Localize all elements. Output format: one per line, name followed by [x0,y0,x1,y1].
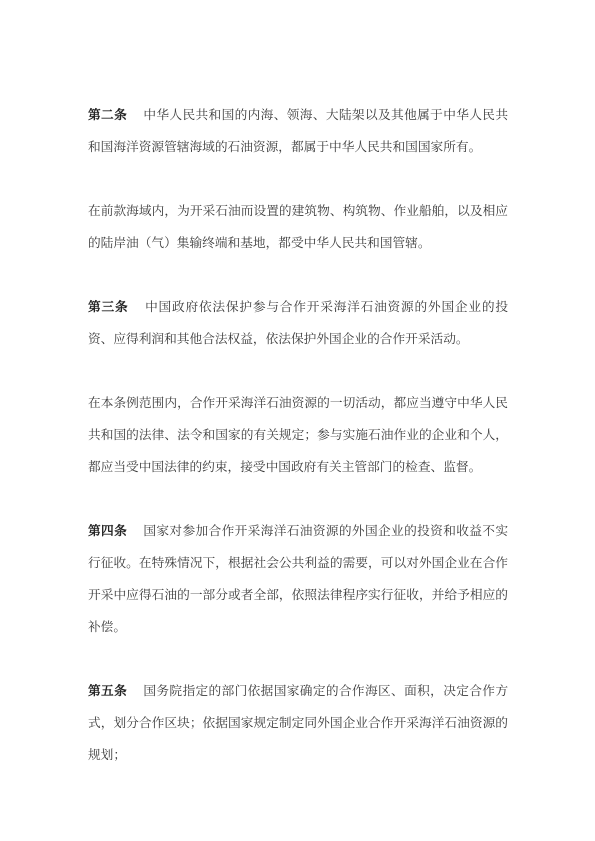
paragraph-article-2: 第二条 中华人民共和国的内海、领海、大陆架以及其他属于中华人民共和国海洋资源管辖… [88,99,508,163]
article-3-clause-2-text: 在本条例范围内，合作开采海洋石油资源的一切活动，都应当遵守中华人民共和国的法律、… [88,396,508,474]
document-body: 第二条 中华人民共和国的内海、领海、大陆架以及其他属于中华人民共和国海洋资源管辖… [88,99,508,803]
article-2-text: 中华人民共和国的内海、领海、大陆架以及其他属于中华人民共和国海洋资源管辖海域的石… [88,108,508,154]
article-2-clause-2-text: 在前款海域内，为开采石油而设置的建筑物、构筑物、作业船舶，以及相应的陆岸油（气）… [88,204,508,250]
article-4-text: 国家对参加合作开采海洋石油资源的外国企业的投资和收益不实行征收。在特殊情况下，根… [88,524,508,634]
document-page: 第二条 中华人民共和国的内海、领海、大陆架以及其他属于中华人民共和国海洋资源管辖… [0,0,595,841]
paragraph-article-5: 第五条 国务院指定的部门依据国家确定的合作海区、面积，决定合作方式，划分合作区块… [88,675,508,771]
paragraph-article-3-clause-2: 在本条例范围内，合作开采海洋石油资源的一切活动，都应当遵守中华人民共和国的法律、… [88,387,508,483]
paragraph-article-3: 第三条 中国政府依法保护参与合作开采海洋石油资源的外国企业的投资、应得利润和其他… [88,291,508,355]
paragraph-article-2-clause-2: 在前款海域内，为开采石油而设置的建筑物、构筑物、作业船舶，以及相应的陆岸油（气）… [88,195,508,259]
paragraph-article-4: 第四条 国家对参加合作开采海洋石油资源的外国企业的投资和收益不实行征收。在特殊情… [88,515,508,643]
article-3-number: 第三条 [88,300,128,314]
article-2-number: 第二条 [88,108,127,122]
article-3-text: 中国政府依法保护参与合作开采海洋石油资源的外国企业的投资、应得利润和其他合法权益… [88,300,508,346]
article-4-number: 第四条 [88,524,127,538]
article-5-number: 第五条 [88,684,127,698]
article-5-text: 国务院指定的部门依据国家确定的合作海区、面积，决定合作方式，划分合作区块；依据国… [88,684,508,762]
